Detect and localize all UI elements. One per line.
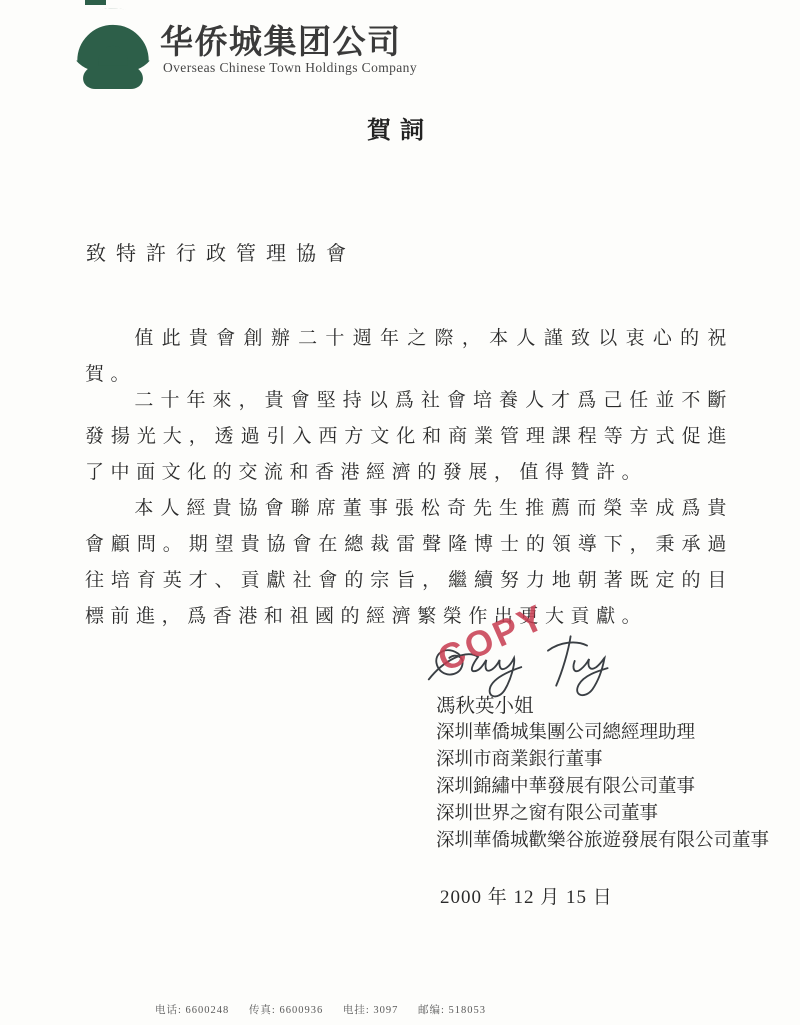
footer-contact-line: 电话: 6600248 传真: 6600936 电挂: 3097 邮编: 518…: [155, 1002, 502, 1017]
footer-fax: 传真: 6600936: [249, 1005, 323, 1016]
signer-title-line: 深圳世界之窗有限公司董事: [436, 801, 769, 828]
company-name-chinese: 华侨城集团公司: [160, 16, 402, 63]
signer-name: 馮秋英小姐: [436, 690, 534, 718]
footer-cable: 电挂: 3097: [343, 1005, 399, 1016]
signer-title-line: 深圳錦繡中華發展有限公司董事: [436, 774, 769, 801]
oct-fan-logo: [60, 6, 166, 90]
paragraph-2: 二十年來，貴會堅持以爲社會培養人才爲己任並不斷發揚光大，透過引入西方文化和商業管…: [85, 383, 733, 491]
salutation: 致特許行政管理協會: [86, 237, 356, 266]
signer-title-line: 深圳華僑城集團公司總經理助理: [436, 720, 769, 747]
paragraph-3: 本人經貴協會聯席董事張松奇先生推薦而榮幸成爲貴會顧問。期望貴協會在總裁雷聲隆博士…: [85, 491, 733, 635]
scan-artifact-mark: [85, 0, 106, 5]
footer-phone: 电话: 6600248: [155, 1005, 229, 1016]
letter-page: 华侨城集团公司 Overseas Chinese Town Holdings C…: [0, 0, 800, 1025]
signer-titles: 深圳華僑城集團公司總經理助理 深圳市商業銀行董事 深圳錦繡中華發展有限公司董事 …: [436, 720, 769, 855]
company-name-english: Overseas Chinese Town Holdings Company: [163, 60, 417, 76]
signer-title-line: 深圳市商業銀行董事: [436, 747, 769, 774]
letter-title: 賀詞: [0, 110, 800, 145]
letter-date: 2000 年 12 月 15 日: [440, 882, 613, 909]
footer-postcode: 邮编: 518053: [418, 1005, 486, 1016]
signer-title-line: 深圳華僑城歡樂谷旅遊發展有限公司董事: [436, 828, 769, 855]
